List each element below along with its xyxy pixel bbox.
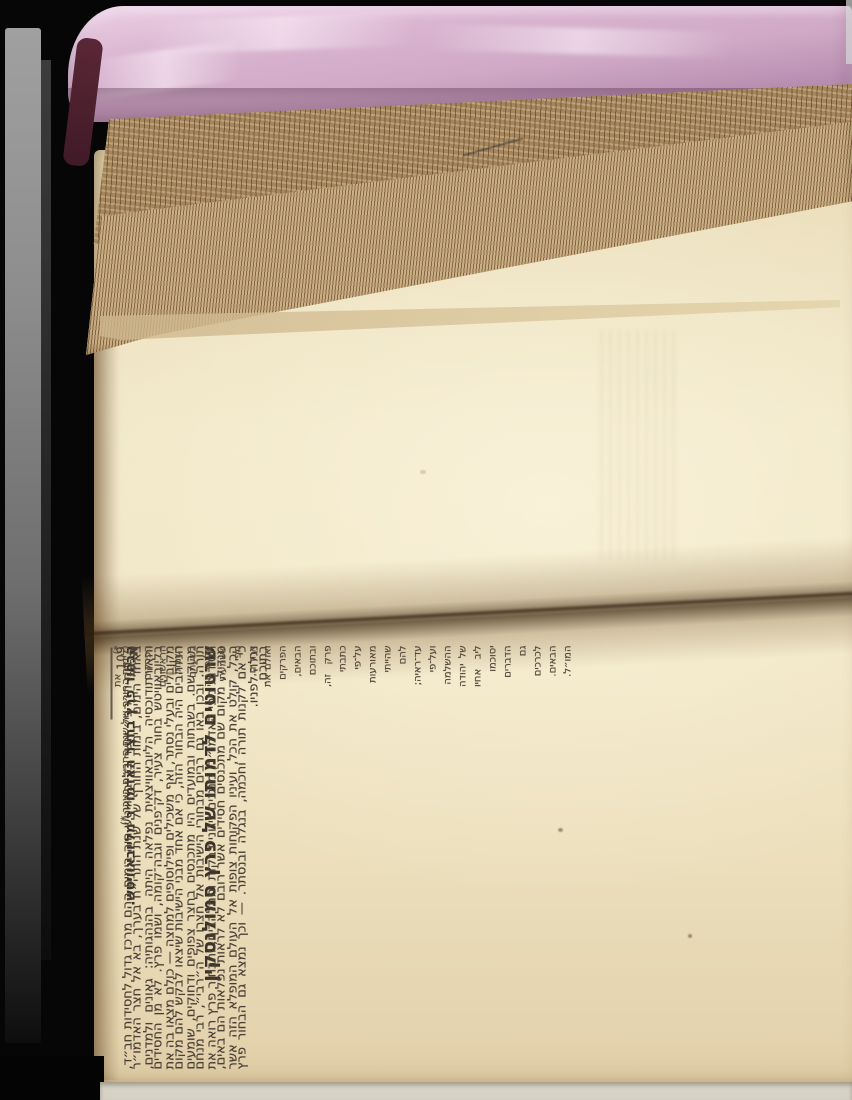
page-number: 109 (115, 646, 128, 670)
dust-speck (558, 828, 563, 832)
table-edge-strip (5, 28, 41, 1043)
footnote-text: *) את ארבעת הפרקים הראשונים רשמתי בשעתם … (111, 646, 576, 688)
text-bleedthrough-ghost (600, 330, 680, 560)
dust-speck (420, 470, 426, 474)
background-sliver (846, 0, 852, 64)
bottom-scan-strip (100, 1082, 852, 1100)
dust-speck (166, 672, 176, 675)
bottom-left-backdrop (0, 1056, 104, 1100)
body-paragraph-2: בית ה״רבי״ אשר בליובאוויטש היה בימים ההם… (118, 646, 265, 1070)
text-page: שרטוטים לדמותו של פרץ סמולנסקין (לימות ה… (111, 640, 816, 1070)
book-photo: שרטוטים לדמותו של פרץ סמולנסקין (לימות ה… (0, 0, 852, 1100)
table-edge-strip-2 (41, 60, 51, 960)
dust-speck (688, 934, 692, 938)
